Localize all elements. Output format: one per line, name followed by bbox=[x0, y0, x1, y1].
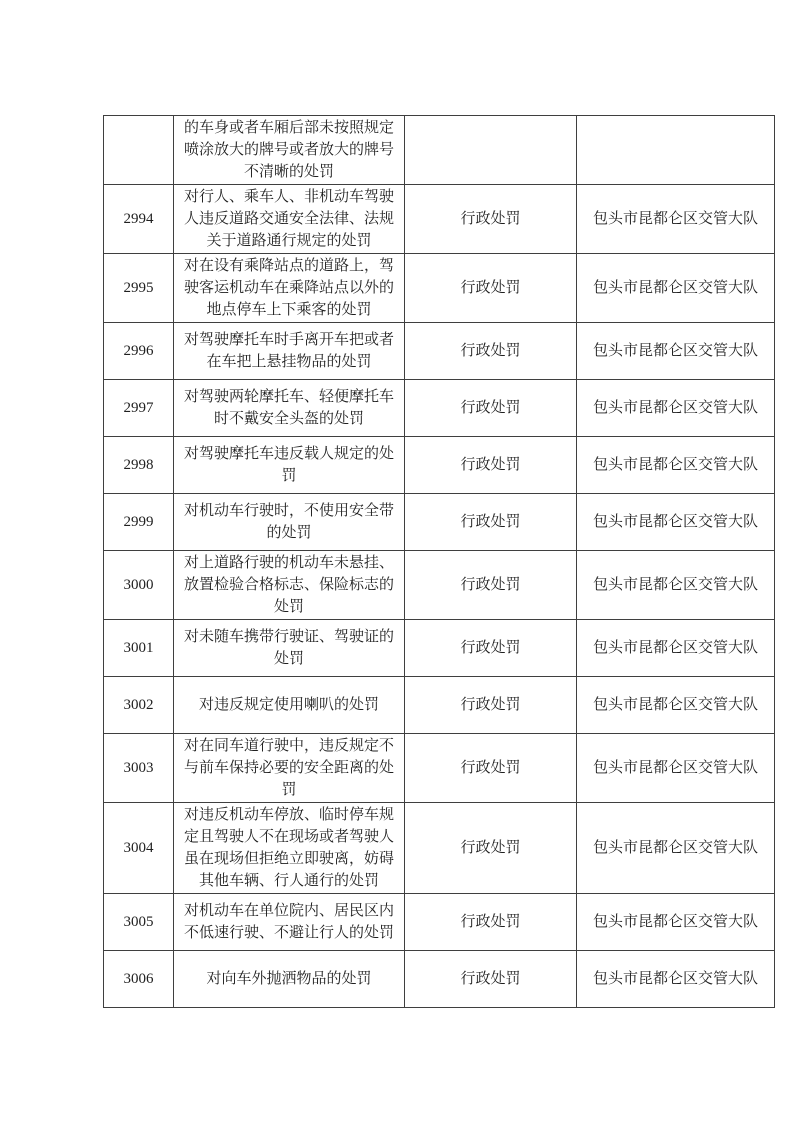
row-number-cell: 2999 bbox=[104, 494, 174, 551]
penalty-type-cell: 行政处罚 bbox=[405, 380, 577, 437]
penalty-matter-cell: 对驾驶两轮摩托车、轻便摩托车时不戴安全头盔的处罚 bbox=[174, 380, 405, 437]
row-number-cell: 3006 bbox=[104, 951, 174, 1008]
penalty-type-cell: 行政处罚 bbox=[405, 323, 577, 380]
penalty-matter-cell: 对机动车在单位院内、居民区内不低速行驶、不避让行人的处罚 bbox=[174, 894, 405, 951]
agency-cell: 包头市昆都仑区交管大队 bbox=[577, 677, 775, 734]
row-number-cell: 3003 bbox=[104, 734, 174, 803]
penalty-matter-cell: 对向车外抛洒物品的处罚 bbox=[174, 951, 405, 1008]
agency-cell: 包头市昆都仑区交管大队 bbox=[577, 185, 775, 254]
agency-cell bbox=[577, 116, 775, 185]
table-row: 3001 对未随车携带行驶证、驾驶证的处罚 行政处罚 包头市昆都仑区交管大队 bbox=[104, 620, 775, 677]
penalty-matter-cell: 对在同车道行驶中，违反规定不与前车保持必要的安全距离的处罚 bbox=[174, 734, 405, 803]
table-row: 3003 对在同车道行驶中，违反规定不与前车保持必要的安全距离的处罚 行政处罚 … bbox=[104, 734, 775, 803]
table-row-continuation: 的车身或者车厢后部未按照规定喷涂放大的牌号或者放大的牌号不清晰的处罚 bbox=[104, 116, 775, 185]
row-number-cell: 3004 bbox=[104, 803, 174, 894]
penalty-type-cell: 行政处罚 bbox=[405, 894, 577, 951]
penalty-matter-cell: 对违反机动车停放、临时停车规定且驾驶人不在现场或者驾驶人虽在现场但拒绝立即驶离，… bbox=[174, 803, 405, 894]
row-number-cell: 2996 bbox=[104, 323, 174, 380]
penalty-table-body: 的车身或者车厢后部未按照规定喷涂放大的牌号或者放大的牌号不清晰的处罚 2994 … bbox=[104, 116, 775, 1008]
agency-cell: 包头市昆都仑区交管大队 bbox=[577, 894, 775, 951]
agency-cell: 包头市昆都仑区交管大队 bbox=[577, 323, 775, 380]
agency-cell: 包头市昆都仑区交管大队 bbox=[577, 951, 775, 1008]
penalty-type-cell: 行政处罚 bbox=[405, 677, 577, 734]
penalty-matter-cell: 对未随车携带行驶证、驾驶证的处罚 bbox=[174, 620, 405, 677]
table-row: 3006 对向车外抛洒物品的处罚 行政处罚 包头市昆都仑区交管大队 bbox=[104, 951, 775, 1008]
penalty-type-cell bbox=[405, 116, 577, 185]
penalty-type-cell: 行政处罚 bbox=[405, 437, 577, 494]
row-number-cell: 2994 bbox=[104, 185, 174, 254]
table-row: 2996 对驾驶摩托车时手离开车把或者在车把上悬挂物品的处罚 行政处罚 包头市昆… bbox=[104, 323, 775, 380]
agency-cell: 包头市昆都仑区交管大队 bbox=[577, 494, 775, 551]
table-row: 2997 对驾驶两轮摩托车、轻便摩托车时不戴安全头盔的处罚 行政处罚 包头市昆都… bbox=[104, 380, 775, 437]
table-row: 3005 对机动车在单位院内、居民区内不低速行驶、不避让行人的处罚 行政处罚 包… bbox=[104, 894, 775, 951]
row-number-cell: 2995 bbox=[104, 254, 174, 323]
row-number-cell: 3002 bbox=[104, 677, 174, 734]
penalty-matter-cell: 的车身或者车厢后部未按照规定喷涂放大的牌号或者放大的牌号不清晰的处罚 bbox=[174, 116, 405, 185]
penalty-type-cell: 行政处罚 bbox=[405, 254, 577, 323]
table-row: 2995 对在设有乘降站点的道路上，驾驶客运机动车在乘降站点以外的地点停车上下乘… bbox=[104, 254, 775, 323]
agency-cell: 包头市昆都仑区交管大队 bbox=[577, 437, 775, 494]
penalty-type-cell: 行政处罚 bbox=[405, 734, 577, 803]
agency-cell: 包头市昆都仑区交管大队 bbox=[577, 254, 775, 323]
penalty-matter-cell: 对行人、乘车人、非机动车驾驶人违反道路交通安全法律、法规关于道路通行规定的处罚 bbox=[174, 185, 405, 254]
row-number-cell: 3005 bbox=[104, 894, 174, 951]
penalty-matter-cell: 对在设有乘降站点的道路上，驾驶客运机动车在乘降站点以外的地点停车上下乘客的处罚 bbox=[174, 254, 405, 323]
agency-cell: 包头市昆都仑区交管大队 bbox=[577, 380, 775, 437]
agency-cell: 包头市昆都仑区交管大队 bbox=[577, 803, 775, 894]
table-row: 3004 对违反机动车停放、临时停车规定且驾驶人不在现场或者驾驶人虽在现场但拒绝… bbox=[104, 803, 775, 894]
table-row: 2999 对机动车行驶时，不使用安全带的处罚 行政处罚 包头市昆都仑区交管大队 bbox=[104, 494, 775, 551]
penalty-type-cell: 行政处罚 bbox=[405, 951, 577, 1008]
penalty-matter-cell: 对机动车行驶时，不使用安全带的处罚 bbox=[174, 494, 405, 551]
row-number-cell: 2998 bbox=[104, 437, 174, 494]
penalty-type-cell: 行政处罚 bbox=[405, 803, 577, 894]
penalty-matter-cell: 对上道路行驶的机动车未悬挂、放置检验合格标志、保险标志的处罚 bbox=[174, 551, 405, 620]
penalty-items-table: 的车身或者车厢后部未按照规定喷涂放大的牌号或者放大的牌号不清晰的处罚 2994 … bbox=[103, 115, 775, 1008]
table-row: 2998 对驾驶摩托车违反载人规定的处罚 行政处罚 包头市昆都仑区交管大队 bbox=[104, 437, 775, 494]
penalty-matter-cell: 对驾驶摩托车违反载人规定的处罚 bbox=[174, 437, 405, 494]
row-number-cell: 3000 bbox=[104, 551, 174, 620]
penalty-matter-cell: 对驾驶摩托车时手离开车把或者在车把上悬挂物品的处罚 bbox=[174, 323, 405, 380]
row-number-cell: 3001 bbox=[104, 620, 174, 677]
table-row: 3000 对上道路行驶的机动车未悬挂、放置检验合格标志、保险标志的处罚 行政处罚… bbox=[104, 551, 775, 620]
penalty-type-cell: 行政处罚 bbox=[405, 551, 577, 620]
penalty-type-cell: 行政处罚 bbox=[405, 185, 577, 254]
row-number-cell: 2997 bbox=[104, 380, 174, 437]
table-row: 2994 对行人、乘车人、非机动车驾驶人违反道路交通安全法律、法规关于道路通行规… bbox=[104, 185, 775, 254]
document-page: 的车身或者车厢后部未按照规定喷涂放大的牌号或者放大的牌号不清晰的处罚 2994 … bbox=[0, 0, 793, 1122]
penalty-matter-cell: 对违反规定使用喇叭的处罚 bbox=[174, 677, 405, 734]
row-number-cell bbox=[104, 116, 174, 185]
agency-cell: 包头市昆都仑区交管大队 bbox=[577, 551, 775, 620]
penalty-type-cell: 行政处罚 bbox=[405, 620, 577, 677]
agency-cell: 包头市昆都仑区交管大队 bbox=[577, 620, 775, 677]
agency-cell: 包头市昆都仑区交管大队 bbox=[577, 734, 775, 803]
table-row: 3002 对违反规定使用喇叭的处罚 行政处罚 包头市昆都仑区交管大队 bbox=[104, 677, 775, 734]
penalty-type-cell: 行政处罚 bbox=[405, 494, 577, 551]
